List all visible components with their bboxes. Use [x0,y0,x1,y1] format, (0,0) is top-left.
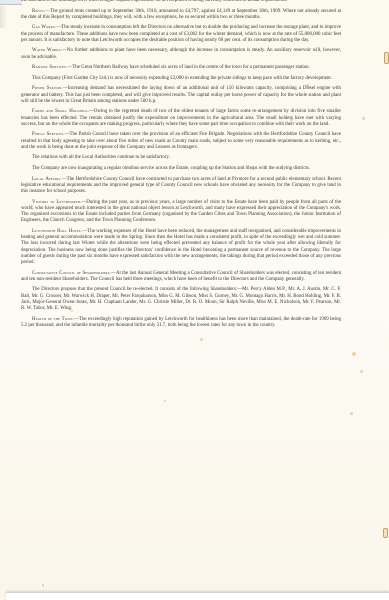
page-corner-tab [0,0,22,5]
binding-mark [384,52,389,64]
section-heading: Power Station. [32,86,63,91]
foxing-stain [362,117,365,120]
section-text: —No further additions to plant have been… [21,48,341,59]
section-heading: Consultative Council of Shareholders. [32,271,111,276]
foxing-stain [350,412,353,415]
section-heading: Gas Works. [32,25,56,30]
foxing-stain [42,584,44,587]
section-health: Health of the Town.—The exceedingly high… [21,317,341,330]
page-bottom-edge [6,592,389,600]
section-heading: Health of the Town. [32,317,74,322]
section-text: The Company are now inaugurating a regul… [32,166,310,171]
section-text: —The Hertfordshire County Council have c… [21,177,341,195]
page-curl [0,6,8,28]
section-hall-hotel: Letchworth Hall Hotel.—The working expen… [21,229,341,267]
section-water-works: Water Works.—No further additions to pla… [21,48,341,61]
document-body: the land and of the buildings on it when… [21,0,341,334]
section-railway-services: Railway Services.—The Great Northern Rai… [21,65,341,71]
section-rents: Rents.—The ground rents created up to Se… [21,9,341,22]
section-visitors: Visitors to Letchworth.—During the past … [21,200,341,225]
foxing-stain [164,400,166,402]
section-text: —The steady increase in consumption left… [21,25,341,43]
section-gas-works: Gas Works.—The steady increase in consum… [21,25,341,44]
binding-mark [383,528,388,538]
section-text: —The working expenses of the Hotel have … [21,229,341,265]
section-power-station: Power Station.—Increasing demand has nec… [21,86,341,105]
section-text: The relations with all the Local Authori… [32,155,170,160]
foxing-stain [360,370,363,373]
section-heading: Water Works. [32,48,62,53]
top-fragment: the land and of the buildings on it when… [21,0,341,4]
foxing-stain [290,118,293,121]
foxing-stain [71,310,73,312]
paragraph-local-authorities: The relations with all the Local Authori… [21,155,341,161]
section-heading: Public Services. [32,132,65,137]
foxing-stain [352,352,356,356]
section-text: —The Parish Council have taken over the … [21,132,341,150]
paragraph-council-members: The Directors propose that the present C… [21,287,341,312]
section-public-services: Public Services.—The Parish Council have… [21,132,341,151]
section-consultative-council: Consultative Council of Shareholders.—At… [21,271,341,284]
foxing-stain [306,84,309,87]
section-heading: Letchworth Hall Hotel. [32,229,82,234]
section-text: This Company (First Garden City Ltd.) is… [32,76,332,81]
section-heading: Farms and Small Holdings. [32,109,89,114]
paragraph-private-sidings: This Company (First Garden City Ltd.) is… [21,76,341,82]
document-page: the land and of the buildings on it when… [0,0,389,600]
foxing-stain [200,338,203,341]
section-text: —Increasing demand has necessitated the … [21,86,341,104]
section-heading: Rents. [32,9,45,14]
section-text: The Directors propose that the present C… [21,287,341,311]
section-text: —The ground rents created up to Septembe… [21,9,341,20]
section-text: —The Great Northern Railway have schedul… [67,65,309,70]
section-farms-small-holdings: Farms and Small Holdings.—Owing to the r… [21,109,341,128]
section-heading: Visitors to Letchworth. [32,200,81,205]
paragraph-omnibus-service: The Company are now inaugurating a regul… [21,166,341,172]
section-heading: Local Affairs. [32,177,62,182]
section-heading: Railway Services. [32,65,67,70]
section-local-affairs: Local Affairs.—The Hertfordshire County … [21,177,341,196]
